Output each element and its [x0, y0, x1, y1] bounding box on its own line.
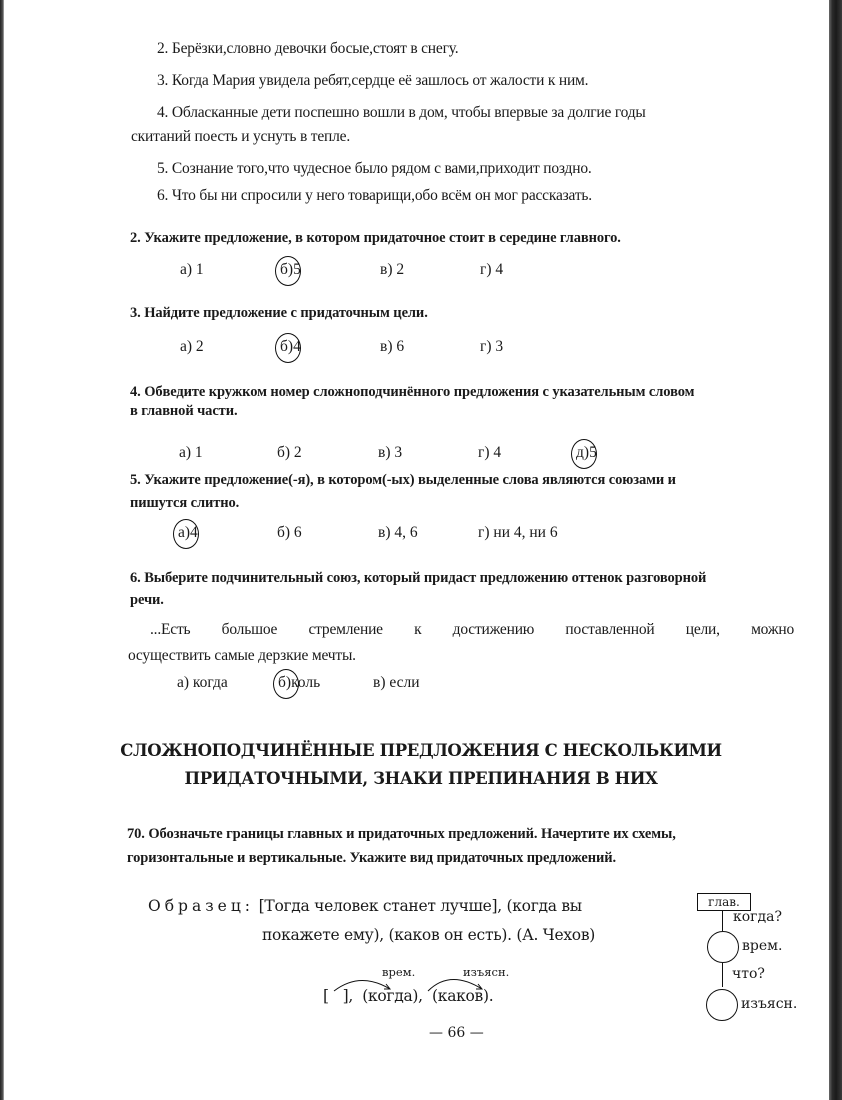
question-2-prompt: 2. Укажите предложение, в котором придат… [130, 230, 621, 247]
sentence-text: Что бы ни спросили у него товарищи,обо в… [172, 187, 592, 204]
question-3-prompt: 3. Найдите предложение с придаточным цел… [130, 305, 428, 322]
q5-option-d[interactable]: г) ни 4, ни 6 [478, 524, 558, 542]
answer-circle: д) [576, 444, 589, 462]
q2-option-b[interactable]: б)5 [280, 261, 301, 279]
sentence-5: 5. Сознание того,что чудесное было рядом… [157, 160, 592, 178]
scheme-label-time: врем. [382, 965, 415, 979]
q4-option-a[interactable]: а) 1 [179, 444, 203, 462]
exercise-70-prompt: 70. Обозначьте границы главных и придато… [127, 826, 676, 843]
q5-option-c[interactable]: в) 4, 6 [378, 524, 418, 542]
vertical-connector-2 [722, 963, 723, 987]
sentence-2: 2. Берёзки,словно девочки босые,стоят в … [157, 40, 458, 58]
q2-option-a[interactable]: а) 1 [180, 261, 204, 279]
sentence-number: 2. [157, 40, 168, 57]
question-4-prompt: 4. Обведите кружком номер сложноподчинён… [130, 384, 694, 401]
question-4-prompt-cont: в главной части. [130, 403, 237, 420]
answer-circle: б) [278, 674, 291, 692]
answer-circle: б) [280, 338, 293, 356]
sentence-number: 4. [157, 104, 168, 121]
question-6-prompt-cont: речи. [130, 592, 164, 609]
answer-circle: а) [178, 524, 190, 542]
scheme-label-explanatory: изъясн. [463, 965, 509, 979]
sentence-text: Сознание того,что чудесное было рядом с … [172, 160, 592, 177]
sentence-4-cont: скитаний поесть и уснуть в тепле. [131, 128, 350, 146]
exercise-70-prompt-cont: горизонтальные и вертикальные. Укажите в… [127, 850, 616, 867]
question-6-prompt: 6. Выберите подчинительный союз, который… [130, 570, 706, 587]
sentence-6: 6. Что бы ни спросили у него товарищи,об… [157, 187, 592, 205]
sentence-4: 4. Обласканные дети поспешно вошли в дом… [157, 104, 646, 122]
scan-edge-right [829, 0, 842, 1100]
q4-option-d[interactable]: г) 4 [478, 444, 501, 462]
question-5-prompt-cont: пишутся слитно. [130, 495, 239, 512]
sentence-text: Обласканные дети поспешно вошли в дом, ч… [172, 104, 646, 121]
vertical-clause-circle-1 [707, 931, 739, 963]
sample-line1: Образец: [Тогда человек станет лучше], (… [148, 897, 582, 915]
sentence-3: 3. Когда Мария увидела ребят,сердце её з… [157, 72, 588, 90]
sentence-number: 6. [157, 187, 168, 204]
q2-option-c[interactable]: в) 2 [380, 261, 404, 279]
page-number: — 66 — [429, 1025, 484, 1041]
q6-option-a[interactable]: а) когда [177, 674, 228, 692]
q4-option-e[interactable]: д)5 [576, 444, 597, 462]
vertical-type-2: изъясн. [741, 996, 797, 1012]
q6-passage-line1: ...Есть большое стремление к достижению … [150, 621, 794, 639]
q6-option-b[interactable]: б)коль [278, 674, 320, 692]
q5-option-b[interactable]: б) 6 [277, 524, 302, 542]
q3-option-b[interactable]: б)4 [280, 338, 301, 356]
sample-line2: покажете ему), (каков он есть). (А. Чехо… [262, 926, 595, 944]
q3-option-d[interactable]: г) 3 [480, 338, 503, 356]
sentence-text: Берёзки,словно девочки босые,стоят в сне… [172, 40, 459, 57]
sentence-number: 3. [157, 72, 168, 89]
q5-option-a[interactable]: а)4 [178, 524, 198, 542]
vertical-question-2: что? [732, 966, 765, 982]
q4-option-c[interactable]: в) 3 [378, 444, 402, 462]
section-title-line1: СЛОЖНОПОДЧИНЁННЫЕ ПРЕДЛОЖЕНИЯ С НЕСКОЛЬК… [0, 741, 842, 760]
sentence-number: 5. [157, 160, 168, 177]
vertical-question-1: когда? [733, 909, 782, 925]
question-5-prompt: 5. Укажите предложение(-я), в котором(-ы… [130, 472, 676, 489]
q4-option-b[interactable]: б) 2 [277, 444, 302, 462]
scheme-formula: [ ], (когда), (каков). [323, 987, 493, 1005]
sample-text: [Тогда человек станет лучше], (когда вы [259, 897, 582, 915]
scan-edge-left [0, 0, 4, 1100]
vertical-clause-circle-2 [706, 989, 738, 1021]
sample-label: Образец: [148, 897, 254, 915]
q3-option-a[interactable]: а) 2 [180, 338, 204, 356]
q2-option-d[interactable]: г) 4 [480, 261, 503, 279]
q3-option-c[interactable]: в) 6 [380, 338, 404, 356]
vertical-type-1: врем. [742, 938, 782, 954]
answer-circle: б) [280, 261, 293, 279]
q6-passage-line2: осуществить самые дерзкие мечты. [128, 647, 356, 665]
q6-option-c[interactable]: в) если [373, 674, 420, 692]
section-title-line2: ПРИДАТОЧНЫМИ, ЗНАКИ ПРЕПИНАНИЯ В НИХ [0, 769, 842, 788]
vertical-connector-1 [722, 911, 723, 931]
sentence-text: Когда Мария увидела ребят,сердце её зашл… [172, 72, 588, 89]
